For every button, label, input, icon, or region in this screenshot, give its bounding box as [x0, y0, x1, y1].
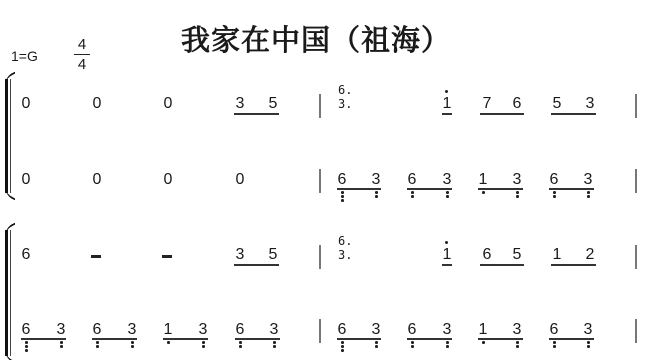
low-octave-dots [60, 341, 63, 349]
beam [337, 188, 381, 190]
low-octave-dots [341, 341, 344, 353]
beam [480, 264, 524, 266]
note: 0 [90, 172, 104, 188]
low-octave-dots [25, 341, 28, 353]
note: 7 [480, 96, 494, 112]
low-octave-dots [482, 191, 485, 195]
beam [234, 113, 279, 115]
note: 0 [90, 96, 104, 112]
low-octave-dots [131, 341, 134, 349]
beam [337, 338, 381, 340]
low-octave-dots [96, 341, 99, 349]
beam [407, 338, 452, 340]
barline [319, 169, 321, 193]
beam [549, 338, 594, 340]
low-octave-dots [446, 341, 449, 349]
sustain-dash [91, 255, 101, 258]
low-octave-dots [375, 341, 378, 349]
low-octave-dots [446, 191, 449, 199]
chord: 6. 3. [338, 234, 352, 262]
barline [319, 245, 321, 269]
note: 0 [161, 172, 175, 188]
beam [163, 338, 208, 340]
barline [635, 319, 637, 343]
note: 6 [510, 96, 524, 112]
low-octave-dots [273, 341, 276, 349]
beam [234, 264, 279, 266]
note: 5 [266, 96, 280, 112]
beam [235, 338, 280, 340]
low-octave-dots [375, 191, 378, 199]
low-octave-dots [239, 341, 242, 349]
system-bracket-2 [5, 230, 13, 356]
chord-bottom: 3. [338, 248, 352, 262]
low-octave-dots [411, 191, 414, 199]
note: 5 [550, 96, 564, 112]
note: 3 [233, 96, 247, 112]
beam [551, 113, 596, 115]
note: 5 [266, 247, 280, 263]
low-octave-dots [167, 341, 170, 345]
beam [92, 338, 137, 340]
low-octave-dots [341, 191, 344, 203]
low-octave-dots [553, 191, 556, 199]
beam [442, 113, 452, 115]
time-signature: 4 4 [74, 36, 90, 73]
score-title: 我家在中国（祖海） [0, 18, 632, 59]
note: 1 [550, 247, 564, 263]
low-octave-dots [482, 341, 485, 345]
note: 2 [583, 247, 597, 263]
note: 0 [233, 172, 247, 188]
note: 6 [480, 247, 494, 263]
low-octave-dots [587, 341, 590, 349]
beam [21, 338, 66, 340]
chord-bottom: 3. [338, 97, 352, 111]
beam [551, 264, 596, 266]
note-high-octave: 1 [440, 247, 454, 263]
chord-top: 6. [338, 234, 352, 248]
chord-top: 6. [338, 83, 352, 97]
beam [407, 188, 452, 190]
note: 3 [233, 247, 247, 263]
beam [442, 264, 452, 266]
low-octave-dots [516, 191, 519, 199]
note: 0 [161, 96, 175, 112]
note-high-octave: 1 [440, 96, 454, 112]
low-octave-dots [587, 191, 590, 199]
note: 5 [510, 247, 524, 263]
note: 3 [583, 96, 597, 112]
barline [635, 94, 637, 118]
time-denominator: 4 [78, 56, 86, 73]
barline [635, 245, 637, 269]
note: 0 [19, 96, 33, 112]
sustain-dash [162, 255, 172, 258]
barline [319, 319, 321, 343]
chord: 6. 3. [338, 83, 352, 111]
beam [478, 188, 523, 190]
beam [478, 338, 523, 340]
time-fraction-bar [74, 54, 90, 55]
note: 0 [19, 172, 33, 188]
low-octave-dots [516, 341, 519, 349]
low-octave-dots [553, 341, 556, 349]
key-signature: 1=G [11, 48, 38, 64]
beam [480, 113, 524, 115]
beam [549, 188, 594, 190]
note: 6 [19, 247, 33, 263]
system-bracket-1 [5, 79, 13, 193]
low-octave-dots [202, 341, 205, 349]
barline [319, 94, 321, 118]
barline [635, 169, 637, 193]
low-octave-dots [411, 341, 414, 349]
time-numerator: 4 [78, 36, 86, 53]
